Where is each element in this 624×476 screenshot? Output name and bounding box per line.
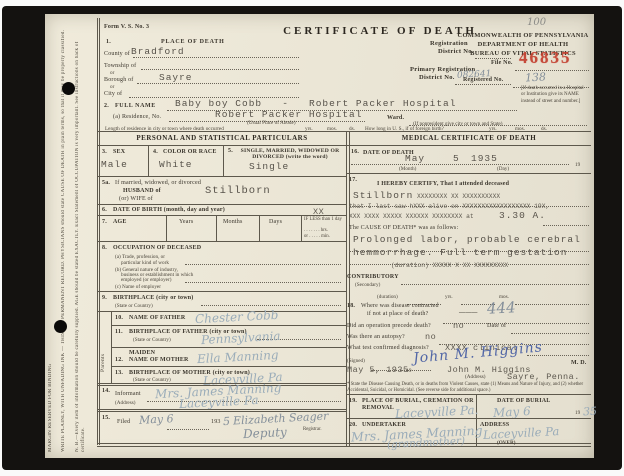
marital-number: 5. bbox=[228, 148, 233, 155]
personal-column: PERSONAL AND STATISTICAL PARTICULARS 3. … bbox=[97, 18, 347, 448]
duration2-label: (duration) bbox=[377, 294, 398, 301]
mother-birthplace-number: 13. bbox=[115, 370, 123, 377]
burial-number: 19. bbox=[349, 398, 357, 405]
medical-column: MEDICAL CERTIFICATE OF DEATH 16. DATE OF… bbox=[347, 18, 591, 448]
dotted-line bbox=[351, 156, 569, 165]
age-months-label: Months bbox=[223, 219, 243, 226]
death-time-value: 3.30 A. bbox=[499, 211, 546, 221]
contracted-line1: Where was disease contracted bbox=[361, 303, 439, 310]
burial-year-printed: 19 bbox=[575, 410, 580, 417]
age-cell-rule bbox=[259, 215, 260, 241]
birthplace-sub-label: (State or Country) bbox=[115, 303, 153, 310]
filed-year-printed: 193 bbox=[211, 419, 221, 426]
husband-of-label: HUSBAND of bbox=[123, 188, 161, 195]
dotted-line bbox=[515, 296, 589, 305]
deputy-signature: Deputy bbox=[243, 426, 287, 440]
duration-struck: (duration) XXXXX X XX XXXXXXXXX bbox=[391, 262, 508, 270]
nineteen-label: 19 bbox=[575, 162, 580, 169]
secondary-label: (Secondary) bbox=[355, 282, 380, 289]
medical-header: MEDICAL CERTIFICATE OF DEATH bbox=[402, 135, 536, 142]
informant-address-label: (Address) bbox=[115, 400, 135, 407]
personal-header: PERSONAL AND STATISTICAL PARTICULARS bbox=[136, 135, 307, 142]
row-rule bbox=[111, 347, 347, 348]
mother-label: NAME OF MOTHER bbox=[129, 357, 189, 364]
autopsy-label: Was there an autopsy? bbox=[347, 334, 405, 341]
signed-date-value: May 5, 1935 bbox=[347, 366, 409, 376]
occupation-a2: particular kind of work bbox=[121, 260, 169, 267]
dotted-line bbox=[401, 276, 589, 285]
punch-hole bbox=[54, 320, 67, 333]
age-days-label: Days bbox=[269, 219, 282, 226]
row-rule bbox=[347, 173, 591, 174]
marital-label: SINGLE, MARRIED, WIDOWED OR DIVORCED (wr… bbox=[238, 148, 342, 161]
mother-number: 12. bbox=[115, 357, 123, 364]
date-of-label: Date of bbox=[487, 323, 506, 330]
row-rule bbox=[97, 241, 347, 242]
age-years-label: Years bbox=[179, 219, 193, 226]
margin-reserved-note: MARGIN RESERVED FOR BINDING bbox=[48, 22, 54, 452]
address-label: (Address) bbox=[465, 374, 485, 381]
row-rule bbox=[97, 176, 347, 177]
row-rule bbox=[347, 394, 591, 395]
dotted-line bbox=[185, 256, 341, 265]
birthplace-number: 9. bbox=[102, 295, 107, 302]
color-race-label: COLOR OR RACE bbox=[163, 149, 217, 156]
age-label: AGE bbox=[113, 219, 127, 226]
occupation-c: (c) Name of employer bbox=[115, 284, 161, 291]
operation-value: no bbox=[453, 322, 464, 332]
signed-label: (Signed) bbox=[347, 358, 365, 365]
physician-signature: John M. Higgins bbox=[413, 340, 544, 365]
cause-footnote: * State the Disease Causing Death, or in… bbox=[347, 382, 589, 394]
yrs-label: yrs. bbox=[445, 294, 453, 301]
min-label: or . . . . . min. bbox=[304, 234, 330, 240]
burial-year-value: 35 bbox=[583, 406, 598, 418]
burial-date-value: May 6 bbox=[493, 405, 531, 419]
filed-label: Filed bbox=[117, 419, 130, 426]
filed-year-value: 5 bbox=[223, 416, 231, 427]
undertaker-address-value: Laceyville Pa bbox=[483, 426, 560, 441]
certificate-form: Form V. S. No. 3 CERTIFICATE OF DEATH 10… bbox=[97, 18, 591, 448]
occupation-number: 8. bbox=[102, 245, 107, 252]
age-cell-rule bbox=[166, 215, 167, 241]
occupation-b3: employed (or employer) bbox=[121, 277, 171, 284]
birthplace-label: BIRTHPLACE (city or town) bbox=[113, 295, 194, 302]
item5a-number: 5a. bbox=[102, 180, 110, 187]
father-birthplace-number: 11. bbox=[115, 329, 123, 336]
parents-label: Parents bbox=[100, 326, 107, 372]
informant-address-value: Laceyville Pa bbox=[179, 394, 259, 410]
operation-label: Did an operation precede death? bbox=[347, 323, 431, 330]
contracted-line2: if not at place of death? bbox=[367, 311, 428, 318]
burial-label-line2: REMOVAL bbox=[362, 405, 394, 412]
row-rule bbox=[111, 325, 347, 326]
dotted-line bbox=[167, 421, 209, 430]
over-label: (OVER) bbox=[497, 440, 515, 447]
informant-label: Informant bbox=[115, 391, 141, 398]
dotted-line bbox=[511, 325, 589, 334]
row-rule bbox=[97, 204, 347, 205]
autopsy-value: no bbox=[425, 333, 436, 343]
color-race-value: White bbox=[159, 160, 193, 170]
cell-rule bbox=[148, 146, 149, 176]
cell-rule bbox=[223, 146, 224, 176]
dod-number: 16. bbox=[351, 149, 359, 156]
dotted-line bbox=[443, 315, 589, 324]
row-rule bbox=[97, 215, 347, 216]
death-certificate-scan: MARGIN RESERVED FOR BINDING WRITE PLAINL… bbox=[0, 0, 624, 476]
dob-number: 6. bbox=[102, 207, 107, 214]
sex-number: 3. bbox=[102, 149, 107, 156]
undertaker-number: 20. bbox=[349, 422, 357, 429]
md-label: M. D. bbox=[571, 360, 587, 367]
father-value: Chester Cobb bbox=[195, 309, 279, 325]
contracted-number: 18. bbox=[347, 303, 355, 310]
father-number: 10. bbox=[115, 315, 123, 322]
if-married-label: If married, widowed, or divorced bbox=[115, 180, 201, 187]
father-label: NAME OF FATHER bbox=[129, 315, 185, 322]
if-less-label: IF LESS than 1 day bbox=[304, 217, 344, 223]
color-number: 4. bbox=[153, 149, 158, 156]
husband-wife-value: Stillborn bbox=[205, 186, 271, 198]
month-label: (Month) bbox=[399, 166, 416, 173]
punch-hole bbox=[62, 82, 75, 95]
marital-value: Single bbox=[249, 162, 289, 172]
contributory-label: CONTRIBUTORY bbox=[347, 274, 399, 281]
row-rule bbox=[347, 418, 591, 419]
mother-value: Ella Manning bbox=[197, 349, 279, 365]
signed-nineteen: .19 bbox=[405, 368, 411, 375]
occupation-label: OCCUPATION OF DECEASED bbox=[113, 245, 201, 252]
informant-number: 14. bbox=[102, 388, 110, 395]
dotted-line bbox=[185, 274, 341, 283]
day-label: (Day) bbox=[497, 166, 509, 173]
certify-line3: XXX XXXX XXXXX XXXXXX XXXXXXXX at bbox=[349, 213, 474, 221]
father-birthplace-value: Pennsylvania bbox=[201, 330, 281, 346]
maiden-label: MAIDEN bbox=[129, 350, 155, 357]
age-cell-rule bbox=[301, 215, 302, 241]
filed-number: 15. bbox=[102, 415, 110, 422]
age-number: 7. bbox=[102, 219, 107, 226]
dotted-line bbox=[543, 217, 589, 226]
cause-of-death-label: The CAUSE OF DEATH* was as follows: bbox=[349, 225, 458, 232]
sex-value: Male bbox=[101, 160, 128, 170]
certify-number: 17. bbox=[349, 177, 357, 184]
registrar-label: Registrar. bbox=[303, 427, 322, 433]
nb-note: N. B.—Every item of information should b… bbox=[75, 22, 87, 452]
father-birthplace-sub: (State or Country) bbox=[133, 337, 171, 344]
undertaker-note: (grandmother) bbox=[387, 436, 466, 451]
certify-line1: I HEREBY CERTIFY, That I attended deceas… bbox=[377, 181, 509, 188]
sex-label: SEX bbox=[113, 149, 125, 156]
age-cell-rule bbox=[216, 215, 217, 241]
row-rule bbox=[97, 291, 347, 292]
or-wife-of-label: (or) WIFE of bbox=[119, 196, 153, 203]
dotted-line bbox=[201, 297, 341, 306]
registrar-signature: Elizabeth Seager bbox=[233, 411, 329, 427]
row-rule bbox=[111, 366, 347, 367]
burial-cell-rule bbox=[476, 394, 477, 446]
certificate-paper: MARGIN RESERVED FOR BINDING WRITE PLAINL… bbox=[45, 14, 594, 458]
dob-label: DATE OF BIRTH (month, day and year) bbox=[113, 207, 225, 214]
